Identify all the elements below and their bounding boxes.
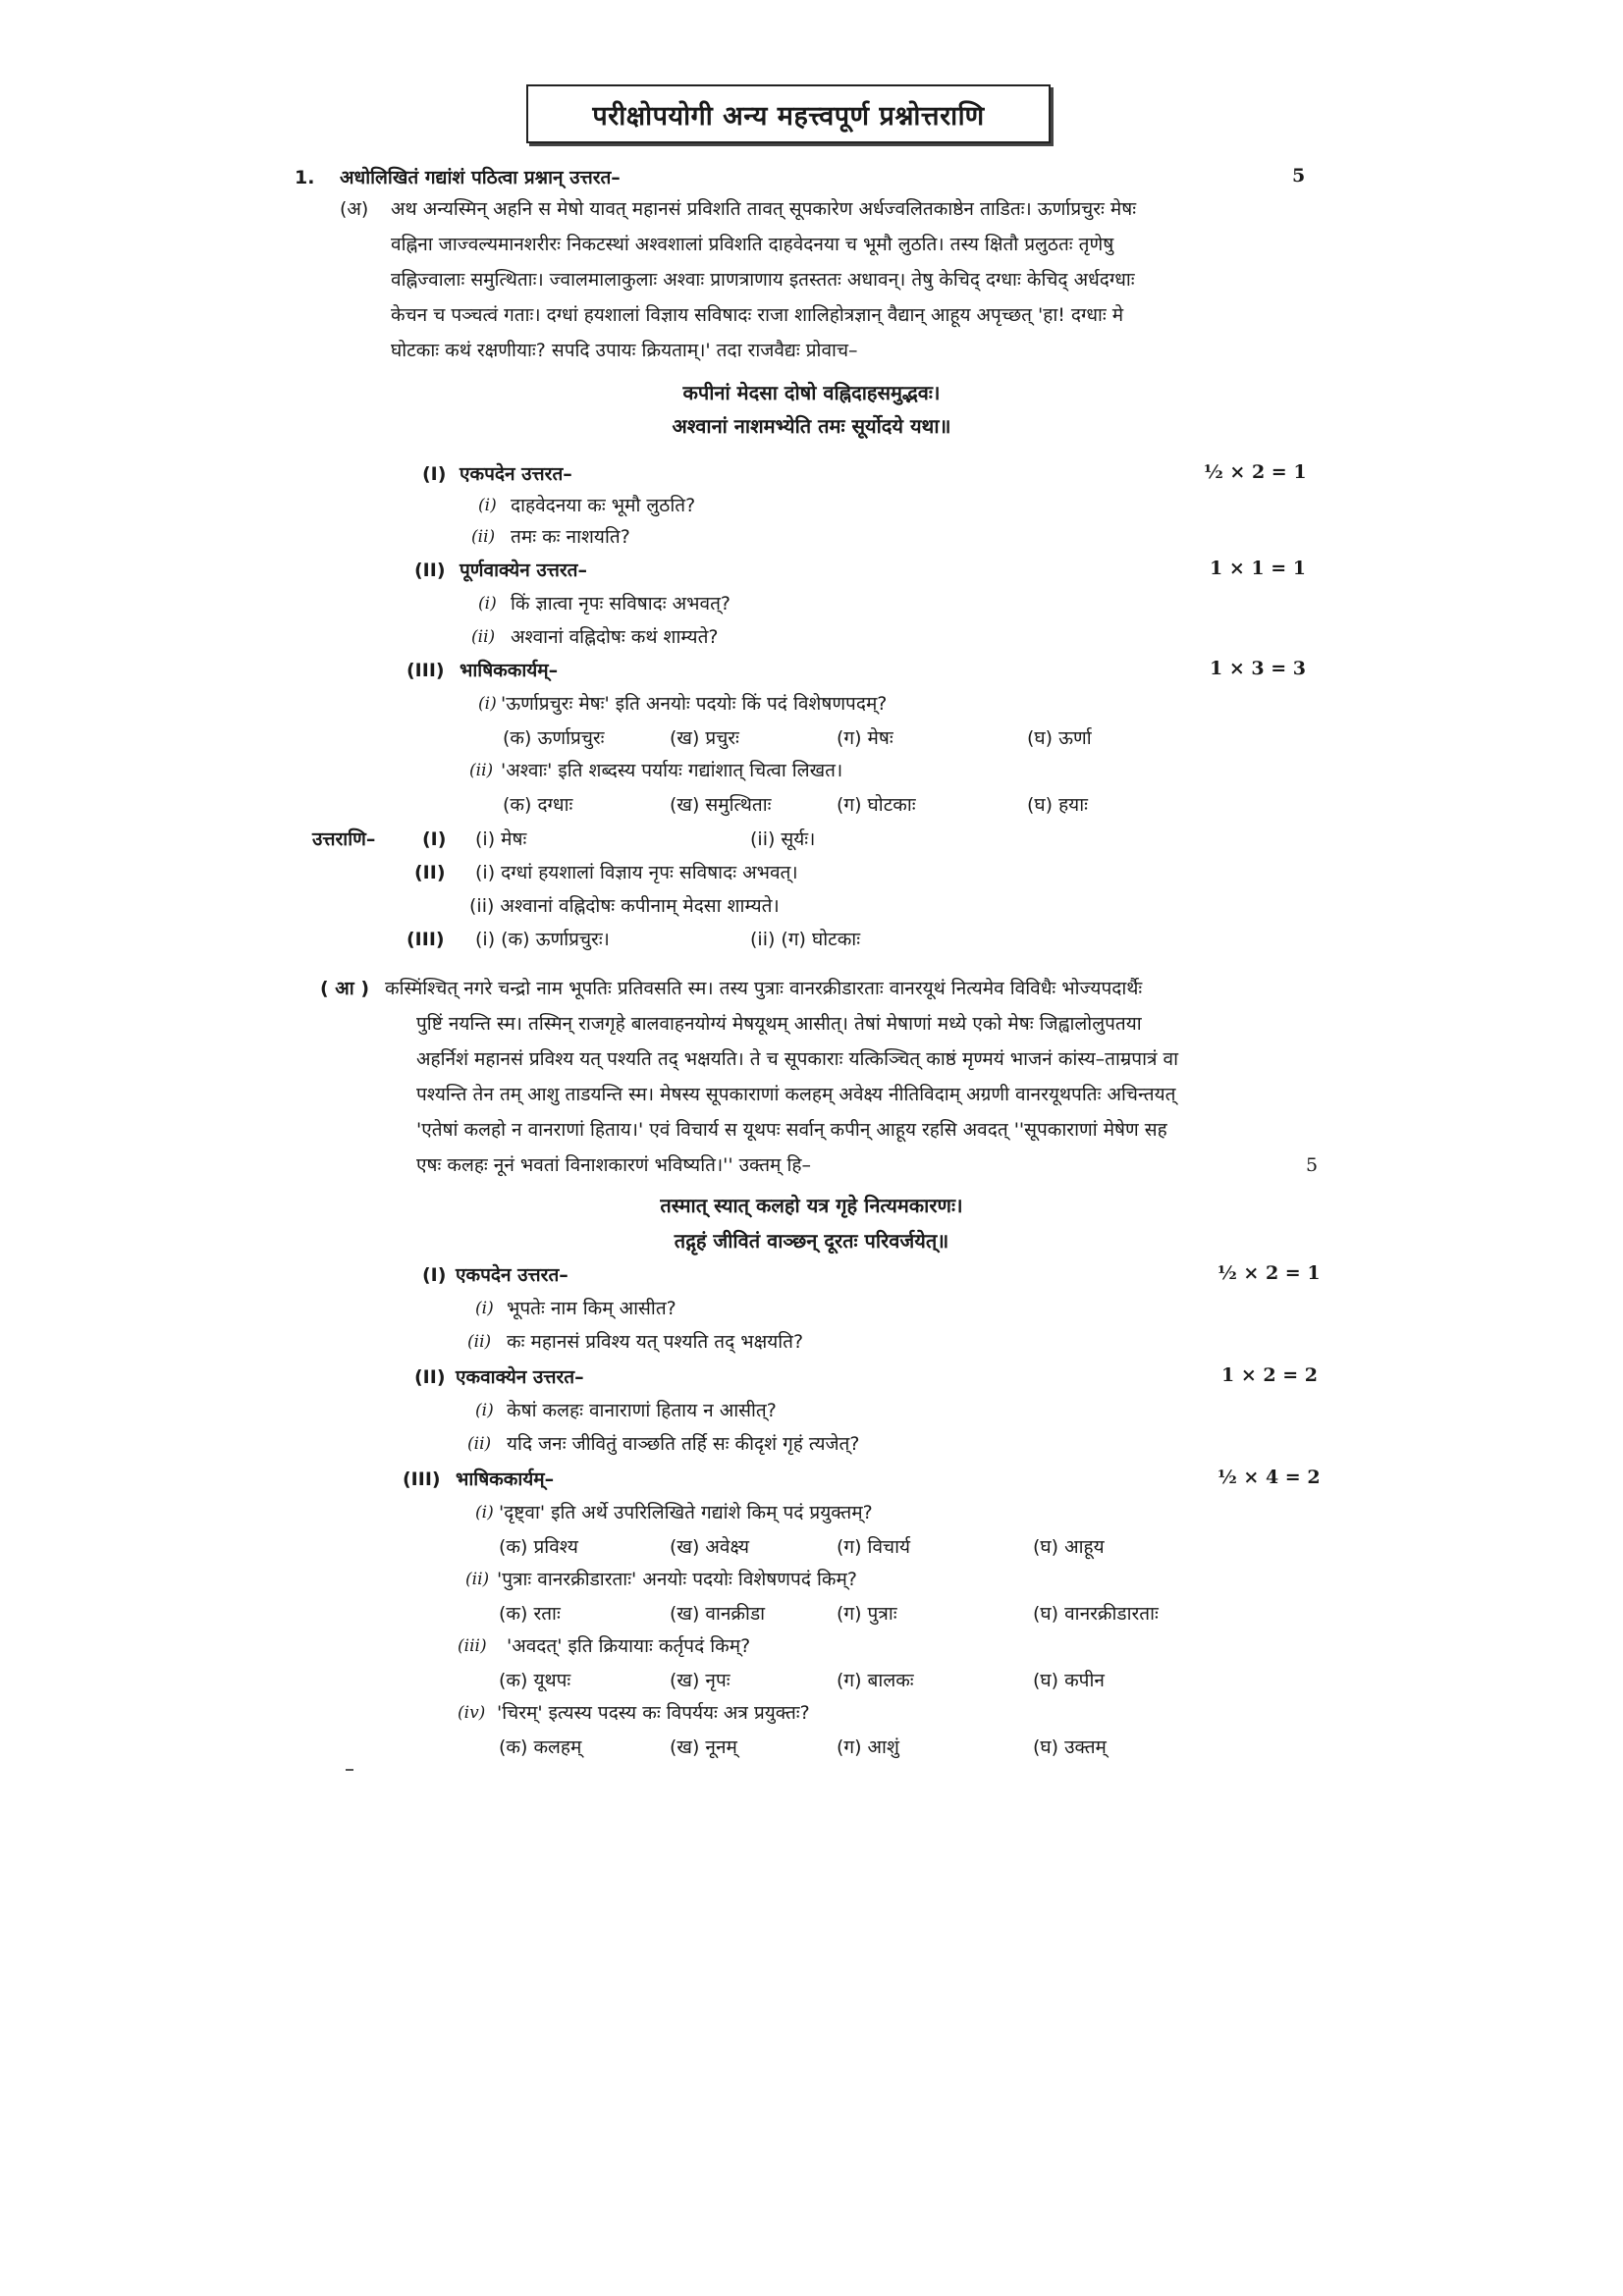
question-num: (i) xyxy=(475,1296,494,1321)
section-heading: एकवाक्येन उत्तरत– xyxy=(456,1364,584,1390)
section-marks: 1 × 1 = 1 xyxy=(1210,558,1306,579)
passage-a-line: वह्निज्वालाः समुत्थिताः। ज्वालमालाकुलाः … xyxy=(391,267,1135,293)
answer-section-label: (III) xyxy=(406,927,445,952)
section-heading: पूर्णवाक्येन उत्तरत– xyxy=(460,558,587,583)
question-num: (ii) xyxy=(465,1567,489,1592)
option: (ग) घोटकाः xyxy=(837,791,916,817)
scan-mark xyxy=(346,1769,353,1771)
option: (क) रताः xyxy=(499,1600,561,1626)
passage-aa-line: कस्मिंश्चित् नगरे चन्द्रो नाम भूपतिः प्र… xyxy=(385,976,1142,1001)
option: (क) ऊर्णाप्रचुरः xyxy=(503,724,605,750)
section-marks: ½ × 4 = 2 xyxy=(1217,1467,1321,1488)
question-text: दाहवेदनया कः भूमौ लुठति? xyxy=(511,493,695,518)
option: (घ) उक्तम् xyxy=(1033,1734,1107,1759)
option: (ख) समुत्थिताः xyxy=(670,791,772,817)
question-num: (i) xyxy=(478,691,497,717)
question-num: (iii) xyxy=(458,1633,487,1659)
section-marks: 1 × 2 = 2 xyxy=(1221,1364,1318,1386)
question-text: केषां कलहः वानाराणां हिताय न आसीत्? xyxy=(507,1398,777,1423)
section-label: (III) xyxy=(406,658,445,683)
section-label: (I) xyxy=(422,1262,446,1288)
option: (क) दग्धाः xyxy=(503,791,572,817)
verse-aa-line-2: तद्गृहं जीवितं वाञ्छन् दूरतः परिवर्जयेत्… xyxy=(0,1227,1623,1254)
passage-a-label: (अ) xyxy=(340,196,368,222)
section-label: (I) xyxy=(422,461,446,487)
question-marks: 5 xyxy=(1292,165,1305,187)
option: (ग) आशुं xyxy=(837,1734,899,1759)
question-num: (ii) xyxy=(471,624,495,650)
option: (घ) आहूय xyxy=(1033,1533,1105,1559)
question-num: (i) xyxy=(475,1500,494,1525)
option: (ख) वानक्रीडा xyxy=(670,1600,765,1626)
option: (घ) ऊर्णा xyxy=(1027,724,1092,750)
option: (ग) मेषः xyxy=(837,724,893,750)
passage-aa-line: अहर्निशं महानसं प्रविश्य यत् पश्यति तद् … xyxy=(416,1046,1178,1072)
section-label: (II) xyxy=(414,558,446,583)
page-title: परीक्षोपयोगी अन्य महत्त्वपूर्ण प्रश्नोत्… xyxy=(526,84,1051,143)
section-heading: एकपदेन उत्तरत– xyxy=(460,461,572,487)
answer-section-label: (II) xyxy=(414,860,446,885)
question-num: (i) xyxy=(478,591,497,616)
option: (ग) पुत्राः xyxy=(837,1600,897,1626)
answer-text: (i) (क) ऊर्णाप्रचुरः। xyxy=(475,927,610,952)
passage-a-line: केचन च पञ्चत्वं गताः। दग्धां हयशालां विज… xyxy=(391,302,1123,328)
question-instruction: अधोलिखितं गद्यांशं पठित्वा प्रश्नान् उत्… xyxy=(340,165,621,190)
answer-section-label: (I) xyxy=(422,827,446,852)
passage-aa-line: पश्यन्ति तेन तम् आशु ताडयन्ति स्म। मेषस्… xyxy=(416,1082,1175,1107)
option: (क) प्रविश्य xyxy=(499,1533,578,1559)
question-num: (ii) xyxy=(471,524,495,550)
question-num: (ii) xyxy=(469,758,493,783)
question-num: (ii) xyxy=(467,1329,491,1355)
question-text: यदि जनः जीवितुं वाञ्छति तर्हि सः कीदृशं … xyxy=(507,1431,859,1457)
answer-text: (i) मेषः xyxy=(475,827,526,852)
question-text: 'दृष्ट्वा' इति अर्थे उपरिलिखिते गद्यांशे… xyxy=(499,1500,873,1525)
question-text: 'पुत्राः वानरक्रीडारताः' अनयोः पदयोः विश… xyxy=(497,1567,857,1592)
option: (घ) कपीन xyxy=(1033,1667,1105,1692)
question-number: 1. xyxy=(295,165,314,190)
passage-aa-line: 'एतेषां कलहो न वानराणां हिताय।' एवं विचा… xyxy=(416,1117,1167,1143)
option: (ग) बालकः xyxy=(837,1667,914,1692)
question-num: (i) xyxy=(475,1398,494,1423)
section-heading: भाषिककार्यम्– xyxy=(460,658,558,683)
option: (ख) नूनम् xyxy=(670,1734,737,1759)
option: (ख) नृपः xyxy=(670,1667,730,1692)
option: (ख) अवेक्ष्य xyxy=(670,1533,749,1559)
passage-a-line: घोटकाः कथं रक्षणीयाः? सपदि उपायः क्रियता… xyxy=(391,338,858,363)
section-marks: ½ × 2 = 1 xyxy=(1204,461,1307,483)
question-num: (i) xyxy=(478,493,497,518)
question-text: तमः कः नाशयति? xyxy=(511,524,630,550)
section-heading: एकपदेन उत्तरत– xyxy=(456,1262,568,1288)
section-marks: 1 × 3 = 3 xyxy=(1210,658,1306,679)
question-num: (iv) xyxy=(458,1700,485,1726)
section-label: (III) xyxy=(403,1467,441,1492)
question-text: भूपतेः नाम किम् आसीत? xyxy=(507,1296,676,1321)
answer-text: (ii) सूर्यः। xyxy=(750,827,815,852)
passage-aa-label: ( आ ) xyxy=(320,976,369,1001)
passage-a-line: वह्निना जाज्वल्यमानशरीरः निकटस्थां अश्वश… xyxy=(391,232,1113,257)
option: (क) यूथपः xyxy=(499,1667,570,1692)
option: (घ) वानरक्रीडारताः xyxy=(1033,1600,1159,1626)
exam-page: परीक्षोपयोगी अन्य महत्त्वपूर्ण प्रश्नोत्… xyxy=(0,0,1623,2296)
option: (ग) विचार्य xyxy=(837,1533,910,1559)
question-text: किं ज्ञात्वा नृपः सविषादः अभवत्? xyxy=(511,591,730,616)
section-label: (II) xyxy=(414,1364,446,1390)
question-text: 'ऊर्णाप्रचुरः मेषः' इति अनयोः पदयोः किं … xyxy=(501,691,887,717)
option: (क) कलहम् xyxy=(499,1734,581,1759)
passage-aa-line: पुष्टिं नयन्ति स्म। तस्मिन् राजगृहे बालव… xyxy=(416,1011,1142,1037)
question-num: (ii) xyxy=(467,1431,491,1457)
option: (घ) हयाः xyxy=(1027,791,1088,817)
question-text: कः महानसं प्रविश्य यत् पश्यति तद् भक्षयत… xyxy=(507,1329,803,1355)
section-marks: ½ × 2 = 1 xyxy=(1217,1262,1321,1284)
answer-text: (i) दग्धां हयशालां विज्ञाय नृपः सविषादः … xyxy=(475,860,798,885)
question-text: 'अवदत्' इति क्रियायाः कर्तृपदं किम्? xyxy=(507,1633,750,1659)
section-heading: भाषिककार्यम्– xyxy=(456,1467,554,1492)
answer-text: (ii) (ग) घोटकाः xyxy=(750,927,860,952)
question-text: 'चिरम्' इत्यस्य पदस्य कः विपर्ययः अत्र प… xyxy=(497,1700,810,1726)
passage-aa-marks: 5 xyxy=(1306,1154,1318,1176)
verse-a-line-1: कपीनां मेदसा दोषो वह्निदाहसमुद्भवः। xyxy=(0,379,1623,405)
question-text: 'अश्वाः' इति शब्दस्य पर्यायः गद्यांशात् … xyxy=(501,758,842,783)
option: (ख) प्रचुरः xyxy=(670,724,739,750)
question-text: अश्वानां वह्निदोषः कथं शाम्यते? xyxy=(511,624,718,650)
passage-aa-line: एषः कलहः नूनं भवतां विनाशकारणं भविष्यति।… xyxy=(416,1152,811,1178)
verse-a-line-2: अश्वानां नाशमभ्येति तमः सूर्योदये यथा॥ xyxy=(0,412,1623,439)
answer-text: (ii) अश्वानां वह्निदोषः कपीनाम् मेदसा शा… xyxy=(469,893,780,919)
passage-a-line: अथ अन्यस्मिन् अहनि स मेषो यावत् महानसं प… xyxy=(391,196,1136,222)
answers-label: उत्तराणि– xyxy=(312,827,375,852)
verse-aa-line-1: तस्मात् स्यात् कलहो यत्र गृहे नित्यमकारण… xyxy=(0,1192,1623,1218)
